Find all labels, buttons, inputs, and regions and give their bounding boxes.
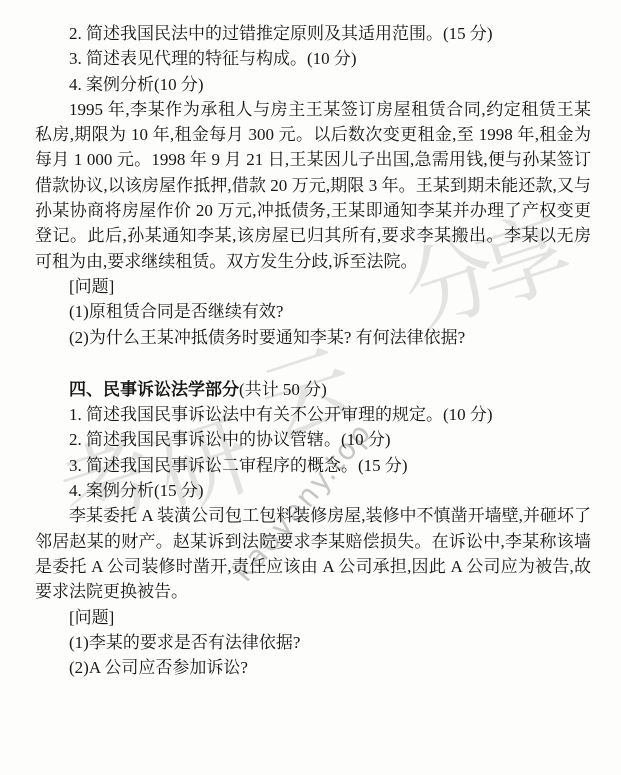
exam-text-content: 2. 简述我国民法中的过错推定原则及其适用范围。(15 分) 3. 简述表见代理…: [35, 21, 591, 680]
problems-label: [问题]: [35, 274, 591, 299]
sub-question: (2)为什么王某冲抵债务时要通知李某? 有何法律依据?: [35, 325, 591, 350]
problems-label: [问题]: [35, 605, 591, 630]
section-heading: 四、民事诉讼法学部分(共计 50 分): [35, 377, 591, 402]
question-item: 4. 案例分析(15 分): [35, 478, 591, 503]
sub-question: (1)李某的要求是否有法律依据?: [35, 630, 591, 655]
section-heading-points: (共计 50 分): [239, 380, 327, 399]
document-page: 考 研 云 分 享 kaoyany.top 2. 简述我国民法中的过错推定原则及…: [0, 0, 621, 775]
question-item: 1. 简述我国民事诉讼法中有关不公开审理的规定。(10 分): [35, 402, 591, 427]
question-item: 3. 简述表见代理的特征与构成。(10 分): [35, 46, 591, 71]
question-item: 3. 简述我国民事诉讼二审程序的概念。(15 分): [35, 453, 591, 478]
case-paragraph: 1995 年,李某作为承租人与房主王某签订房屋租赁合同,约定租赁王某私房,期限为…: [35, 97, 591, 274]
question-item: 2. 简述我国民事诉讼中的协议管辖。(10 分): [35, 427, 591, 452]
question-item: 4. 案例分析(10 分): [35, 72, 591, 97]
question-item: 2. 简述我国民法中的过错推定原则及其适用范围。(15 分): [35, 21, 591, 46]
section-heading-title: 四、民事诉讼法学部分: [69, 380, 239, 399]
sub-question: (1)原租赁合同是否继续有效?: [35, 299, 591, 324]
case-paragraph: 李某委托 A 装潢公司包工包料装修房屋,装修中不慎凿开墙壁,并砸坏了邻居赵某的财…: [35, 503, 591, 604]
sub-question: (2)A 公司应否参加诉讼?: [35, 655, 591, 680]
